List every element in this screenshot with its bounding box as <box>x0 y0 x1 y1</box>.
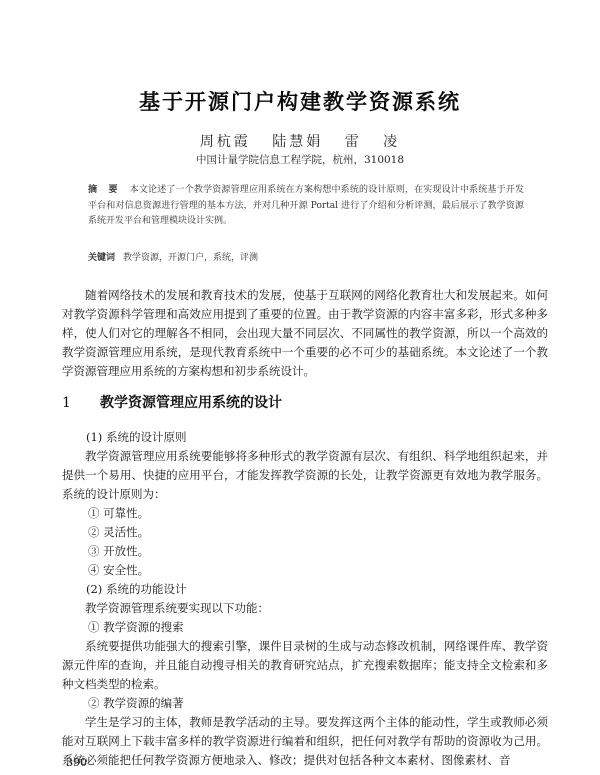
section-body: (1) 系统的设计原则 教学资源管理应用系统要能够将多种形式的教学资源有层次、有… <box>62 428 548 770</box>
paragraph: 教学资源管理应用系统要能够将多种形式的教学资源有层次、有组织、科学地组织起来，并… <box>62 447 548 504</box>
principle-item: ③ 开放性。 <box>62 542 548 561</box>
section-title: 教学资源管理应用系统的设计 <box>100 395 282 411</box>
subsection-title: (2) 系统的功能设计 <box>62 580 548 599</box>
introduction: 随着网络技术的发展和教育技术的发展，使基于互联网的网络化教育壮大和发展起来。如何… <box>62 286 548 381</box>
function-title: ① 教学资源的搜索 <box>62 618 548 637</box>
page-number: 390 <box>66 756 87 769</box>
abstract: 摘 要本文论述了一个教学资源管理应用系统在方案构想中系统的设计原则，在实现设计中… <box>88 183 524 230</box>
abstract-label: 摘 要 <box>88 185 122 195</box>
principle-item: ① 可靠性。 <box>62 504 548 523</box>
affiliation: 中国计量学院信息工程学院，杭州，310018 <box>0 152 600 167</box>
paragraph: 学生是学习的主体，教师是教学活动的主导。要发挥这两个主体的能动性，学生或教师必须… <box>62 713 548 770</box>
section-number: 1 <box>62 395 100 411</box>
keywords-text: 教学资源，开源门户，系统，评测 <box>123 253 258 263</box>
section-heading: 1教学资源管理应用系统的设计 <box>62 392 282 412</box>
author-list: 周杭霞 陆慧娟 雷 凌 <box>0 131 600 151</box>
keywords-label: 关键词 <box>88 253 115 263</box>
paragraph: 教学资源管理系统要实现以下功能： <box>62 599 548 618</box>
function-title: ② 教学资源的编著 <box>62 694 548 713</box>
paper-page: 基于开源门户构建教学资源系统 周杭霞 陆慧娟 雷 凌 中国计量学院信息工程学院，… <box>0 0 600 775</box>
paragraph: 系统要提供功能强大的搜索引擎，课件目录树的生成与动态修改机制，网络课件库、教学资… <box>62 637 548 694</box>
paper-title: 基于开源门户构建教学资源系统 <box>0 86 600 116</box>
subsection-title: (1) 系统的设计原则 <box>62 428 548 447</box>
abstract-text: 本文论述了一个教学资源管理应用系统在方案构想中系统的设计原则，在实现设计中系统基… <box>88 185 524 226</box>
principle-item: ② 灵活性。 <box>62 523 548 542</box>
intro-paragraph: 随着网络技术的发展和教育技术的发展，使基于互联网的网络化教育壮大和发展起来。如何… <box>62 286 548 381</box>
principle-item: ④ 安全性。 <box>62 561 548 580</box>
keywords: 关键词教学资源，开源门户，系统，评测 <box>88 250 524 263</box>
